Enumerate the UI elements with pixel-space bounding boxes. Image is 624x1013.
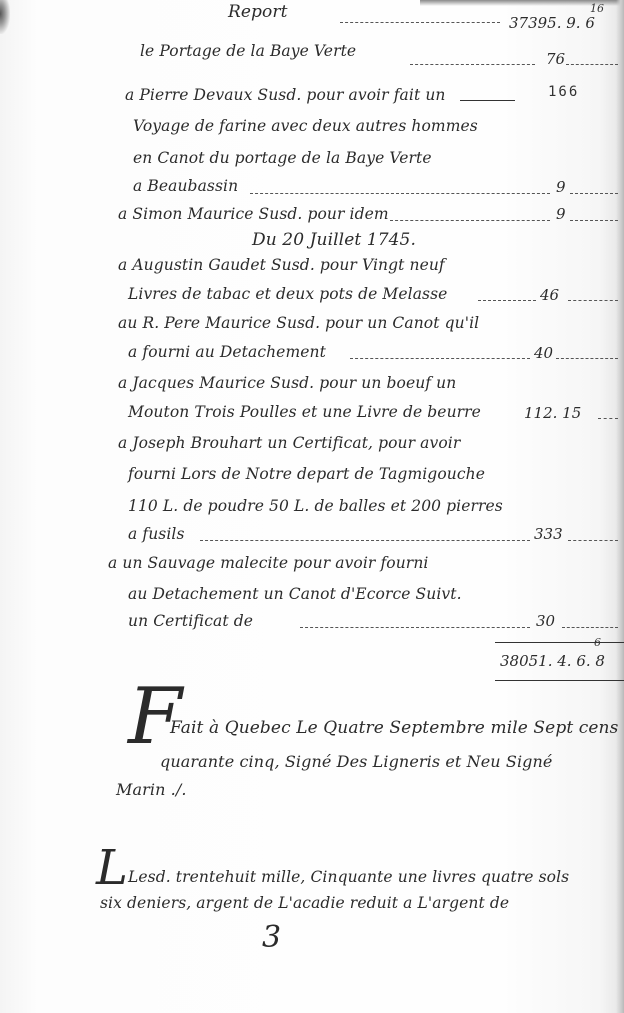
entry-line: a Beaubassin [133, 177, 238, 195]
entry-line: 110 L. de poudre 50 L. de balles et 200 … [128, 497, 503, 515]
total-bottom-rule [495, 680, 624, 681]
entry-line: a Jacques Maurice Susd. pour un boeuf un [118, 374, 456, 392]
leader-dots [250, 193, 550, 194]
entry-line: en Canot du portage de la Baye Verte [133, 149, 432, 167]
closing-line: Fait à Quebec Le Quatre Septembre mile S… [170, 718, 618, 738]
entry-amount: 9 [556, 205, 566, 223]
total-amount: 38051. 4. 6. 8 [500, 652, 605, 670]
entry-line: Livres de tabac et deux pots de Melasse [128, 285, 447, 303]
report-heading: Report [228, 2, 288, 22]
entry-line: a Pierre Devaux Susd. pour avoir fait un [125, 86, 445, 104]
leader-dots [568, 300, 618, 301]
entry-amount: 30 [536, 612, 555, 630]
entry-line: un Certificat de [128, 612, 253, 630]
leader-dots [410, 64, 535, 65]
leader-dots [562, 627, 618, 628]
entry-line: Mouton Trois Poulles et une Livre de beu… [128, 403, 481, 421]
decorative-initial: L [96, 840, 128, 896]
final-line: six deniers, argent de L'acadie reduit a… [100, 894, 509, 912]
entry-line: a Simon Maurice Susd. pour idem [118, 205, 389, 223]
entry-line: le Portage de la Baye Verte [140, 42, 356, 60]
leader-dots [556, 358, 618, 359]
entry-amount: 76 [546, 50, 565, 68]
page-binding-edge [616, 0, 624, 1013]
entry-line: au Detachement un Canot d'Ecorce Suivt. [128, 585, 462, 603]
entry-amount: 40 [534, 344, 553, 362]
page-number: 3 [262, 920, 281, 955]
leader-dots [300, 627, 530, 628]
leader-dots [568, 540, 618, 541]
ledger-page: Report 16 37395. 9. 6 le Portage de la B… [0, 0, 624, 1013]
entry-line: Voyage de farine avec deux autres hommes [133, 117, 478, 135]
entry-line: a un Sauvage malecite pour avoir fourni [108, 554, 428, 572]
entry-line: a fusils [128, 525, 185, 543]
entry-line: fourni Lors de Notre depart de Tagmigouc… [128, 465, 485, 483]
closing-line: Marin ./. [116, 780, 187, 799]
date-heading: Du 20 Juillet 1745. [252, 230, 416, 250]
leader-dots [478, 300, 536, 301]
entry-line: a Joseph Brouhart un Certificat, pour av… [118, 434, 460, 452]
leader-dots [350, 358, 530, 359]
line-flourish [460, 100, 515, 101]
leader-dots [340, 22, 500, 23]
total-mark: 6 [594, 636, 601, 649]
leader-dots [570, 193, 618, 194]
margin-number-note: 166 [548, 84, 579, 100]
leader-dots [200, 540, 530, 541]
entry-line: a fourni au Detachement [128, 343, 326, 361]
total-top-rule [495, 642, 624, 643]
entry-amount: 9 [556, 178, 566, 196]
leader-dots [390, 220, 550, 221]
closing-line: quarante cinq, Signé Des Ligneris et Neu… [160, 752, 553, 771]
page-corner-shadow [0, 0, 10, 34]
decorative-initial: F [128, 672, 182, 762]
leader-dots [598, 418, 618, 419]
entry-line: au R. Pere Maurice Susd. pour un Canot q… [118, 314, 479, 332]
final-line: Lesd. trentehuit mille, Cinquante une li… [128, 868, 569, 886]
entry-amount: 112. 15 [524, 404, 581, 422]
entry-amount: 333 [534, 525, 563, 543]
leader-dots [570, 220, 618, 221]
entry-amount: 46 [540, 286, 559, 304]
carried-amount: 37395. 9. 6 [509, 14, 595, 32]
entry-line: a Augustin Gaudet Susd. pour Vingt neuf [118, 256, 445, 274]
leader-dots [566, 64, 618, 65]
